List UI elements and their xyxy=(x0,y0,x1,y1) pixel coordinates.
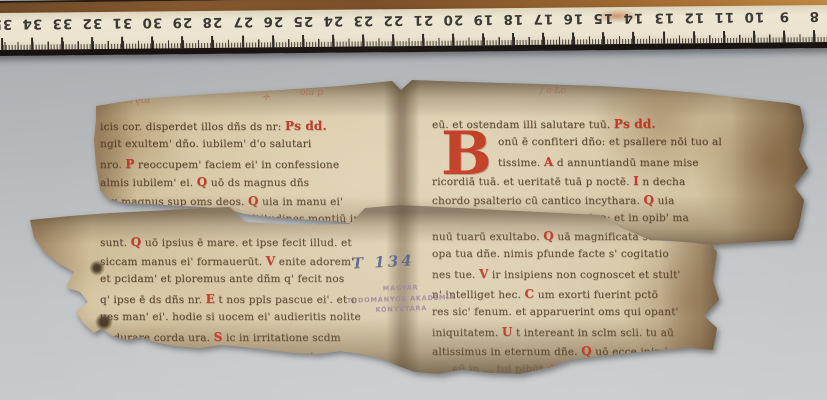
ink-text: ic in irritatione scdm xyxy=(222,332,340,344)
shelfmark: T 134 xyxy=(352,251,416,272)
ink-text: diē temptationis in deserto. xyxy=(100,351,254,363)
rubric-initial: U xyxy=(502,325,513,339)
ink-text: iniquitatem. xyxy=(432,327,502,339)
manuscript-line: siccam manus ei' formauerūt. V enite ado… xyxy=(100,254,354,268)
rubric-initial: V xyxy=(479,267,488,281)
manuscript-line: eū in ... tui pibūt dis xyxy=(452,363,563,375)
ink-text: sunt. xyxy=(100,237,131,249)
ink-text: nuū tuarū exultabo. xyxy=(432,231,543,243)
manuscript-line: et pcidam' et ploremus ante dñm q' fecit… xyxy=(100,273,344,285)
parchment-fragment-lower: sunt. Q uō ipsius ē mare. et ipse fecit … xyxy=(0,0,827,400)
manuscript-line: q' ipse ē ds dñs nr. E t nos ppls pascue… xyxy=(100,292,357,306)
photograph: 3534333231302928272625242322212019181716… xyxy=(0,0,827,400)
manuscript-line: nes tue. V ir insipiens non cognoscet et… xyxy=(432,267,681,281)
ink-text: ues man' ei'. hodie si uocem ei' audieri… xyxy=(100,311,361,323)
ink-text: siccam manus ei' formauerūt. xyxy=(100,256,266,268)
rubric-initial: E xyxy=(206,292,215,306)
manuscript-line: altissimus in eternum dñe. Q uō ecce ini… xyxy=(432,344,668,358)
manuscript-line: opa tua dñe. nimis pfunde facte s' cogit… xyxy=(432,248,669,260)
ink-text: bi temptauer xyxy=(265,351,339,363)
manuscript-line: nuū tuarū exultabo. Q uā magnificata sūt xyxy=(432,229,659,243)
ink-text: opa tua dñe. nimis pfunde facte s' cogit… xyxy=(432,248,669,260)
rubric-initial: U xyxy=(254,349,265,363)
parchment-fragment-lower-wrap: sunt. Q uō ipsius ē mare. et ipse fecit … xyxy=(0,0,827,400)
ink-text: t intereant in sclm scli. tu aū xyxy=(512,327,673,339)
ink-text: uō ecce inimi xyxy=(592,346,668,358)
library-stamp: MAGYAR TUDOMÁNYOS AKADÉMIA KÖNYVTÁRA xyxy=(327,280,474,317)
rubric-initial: V xyxy=(266,254,275,268)
manuscript-line: sunt. Q uō ipsius ē mare. et ipse fecit … xyxy=(100,235,352,249)
ink-text: q' ipse ē ds dñs nr. xyxy=(100,294,206,306)
parchment-surface xyxy=(0,0,827,400)
manuscript-line: diē temptationis in deserto. U bi tempta… xyxy=(100,349,339,363)
rubric-initial: Q xyxy=(543,229,554,243)
rubric-initial: Q xyxy=(581,344,592,358)
ink-text: eū in ... tui pibūt xyxy=(452,363,543,375)
rubric-initial: C xyxy=(525,287,535,301)
ink-text: et pcidam' et ploremus ante dñm q' fecit… xyxy=(100,273,344,285)
manuscript-line: obdurare corda ura. S ic in irritatione … xyxy=(100,330,341,344)
ink-text: enite adorem' xyxy=(275,256,354,268)
manuscript-line: ues man' ei'. hodie si uocem ei' audieri… xyxy=(100,311,361,323)
ink-text: ir insipiens non cognoscet et stult' xyxy=(488,269,680,281)
ink-text: uō ipsius ē mare. et ipse fecit illud. e… xyxy=(141,237,351,249)
ink-text: altissimus in eternum dñe. xyxy=(432,346,581,358)
ink-text: um exorti fuerint pctō xyxy=(534,289,658,301)
ink-text: uā magnificata sūt xyxy=(554,231,659,243)
ink-text: obdurare corda ura. xyxy=(100,332,214,344)
rubric-initial: Q xyxy=(131,235,142,249)
manuscript-line: iniquitatem. U t intereant in sclm scli.… xyxy=(432,325,674,339)
ink-text: dis xyxy=(543,363,562,375)
